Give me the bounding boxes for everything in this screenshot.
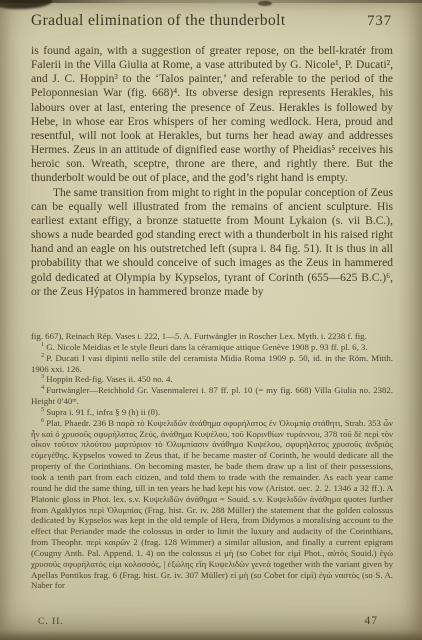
footnote-marker: 1 xyxy=(41,341,44,348)
footnotes-block: fig. 667), Reinach Rép. Vases i. 222, 1—… xyxy=(31,331,393,591)
scan-edge-artifact xyxy=(0,0,422,3)
page-footer: C. II. 47 xyxy=(38,615,378,627)
scan-blot-artifact xyxy=(0,0,52,9)
footnote-text: Supra i. 91 f., infra § 9 (h) ii (θ). xyxy=(46,407,160,417)
footnote-text: G. Nicole Meidias et le style fleuri dan… xyxy=(46,342,367,352)
footnote: 2P. Ducati I vasi dipinti nello stile de… xyxy=(31,353,393,375)
footnote: 4Furtwängler—Reichhold Gr. Vasenmalerei … xyxy=(31,385,393,407)
page-bottom-shadow xyxy=(0,630,422,640)
footnote-marker: 2 xyxy=(41,352,44,359)
footnote-text: Furtwängler—Reichhold Gr. Vasenmalerei i… xyxy=(31,385,393,406)
footnote: 5Supra i. 91 f., infra § 9 (h) ii (θ). xyxy=(31,407,393,418)
footnote-marker: 3 xyxy=(41,373,44,380)
footnote-text: fig. 667), Reinach Rép. Vases i. 222, 1—… xyxy=(31,331,367,341)
scan-speck-artifact xyxy=(258,1,272,6)
body-paragraph: is found again, with a suggestion of gre… xyxy=(31,44,393,186)
body-text-block: is found again, with a suggestion of gre… xyxy=(31,44,393,299)
footnote-text: Hoppin Red-fig. Vases ii. 450 no. 4. xyxy=(46,374,172,384)
book-page-scan: Gradual elimination of the thunderbolt 7… xyxy=(0,0,422,640)
running-header-title: Gradual elimination of the thunderbolt xyxy=(31,12,286,30)
footnote-marker: 4 xyxy=(41,384,44,391)
page-number-bottom: 47 xyxy=(365,615,379,627)
volume-signature: C. II. xyxy=(38,617,64,627)
body-paragraph: The same transition from might to right … xyxy=(31,186,393,299)
footnote-continuation: fig. 667), Reinach Rép. Vases i. 222, 1—… xyxy=(31,331,393,342)
footnote-text: Plat. Phaedr. 236 B παρὰ τὸ Κυψελιδῶν ἀν… xyxy=(31,418,393,591)
footnote-marker: 5 xyxy=(41,406,44,413)
page-number-top: 737 xyxy=(367,13,392,30)
footnote-text: P. Ducati I vasi dipinti nello stile del… xyxy=(31,353,393,374)
footnote-marker: 6 xyxy=(41,417,44,424)
footnote: 1G. Nicole Meidias et le style fleuri da… xyxy=(31,342,393,353)
footnote: 3Hoppin Red-fig. Vases ii. 450 no. 4. xyxy=(31,374,393,385)
footnote: 6Plat. Phaedr. 236 B παρὰ τὸ Κυψελιδῶν ἀ… xyxy=(31,418,393,592)
running-header: Gradual elimination of the thunderbolt 7… xyxy=(31,12,392,30)
